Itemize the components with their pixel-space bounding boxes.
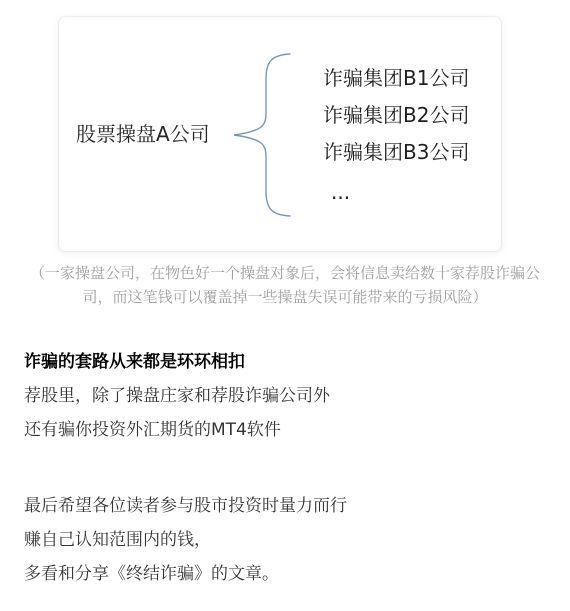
curly-brace-path (234, 54, 290, 216)
article-heading: 诈骗的套路从来都是环环相扣 (24, 345, 554, 379)
caption-line: 司，而这笔钱可以覆盖掉一些操盘失误可能带来的亏损风险） (8, 285, 562, 309)
body-line: 多看和分享《终结诈骗》的文章。 (24, 557, 554, 591)
body-line: 最后希望各位读者参与股市投资时量力而行 (24, 489, 554, 523)
paragraph-gap (24, 447, 554, 489)
branch-company-list: 诈骗集团B1公司 诈骗集团B2公司 诈骗集团B3公司 (323, 60, 469, 171)
branch-company-label: 诈骗集团B2公司 (323, 97, 469, 134)
caption-line: （一家操盘公司，在物色好一个操盘对象后，会将信息卖给数十家荐股诈骗公 (8, 261, 562, 285)
branch-company-label: 诈骗集团B1公司 (323, 60, 469, 97)
image-caption: （一家操盘公司，在物色好一个操盘对象后，会将信息卖给数十家荐股诈骗公 司，而这笔… (8, 261, 562, 309)
ellipsis-label: ... (331, 180, 350, 204)
branch-company-label: 诈骗集团B3公司 (323, 134, 469, 171)
article-page: 股票操盘A公司 诈骗集团B1公司 诈骗集团B2公司 诈骗集团B3公司 ... （… (0, 0, 570, 611)
article-section: 诈骗的套路从来都是环环相扣 荐股里，除了操盘庄家和荐股诈骗公司外 还有骗你投资外… (24, 345, 554, 591)
source-company-label: 股票操盘A公司 (76, 121, 210, 147)
body-line: 还有骗你投资外汇期货的MT4软件 (24, 413, 554, 447)
diagram-card: 股票操盘A公司 诈骗集团B1公司 诈骗集团B2公司 诈骗集团B3公司 ... (58, 16, 502, 252)
body-line: 赚自己认知范围内的钱， (24, 523, 554, 557)
curly-brace-icon (229, 51, 293, 219)
body-line: 荐股里，除了操盘庄家和荐股诈骗公司外 (24, 379, 554, 413)
